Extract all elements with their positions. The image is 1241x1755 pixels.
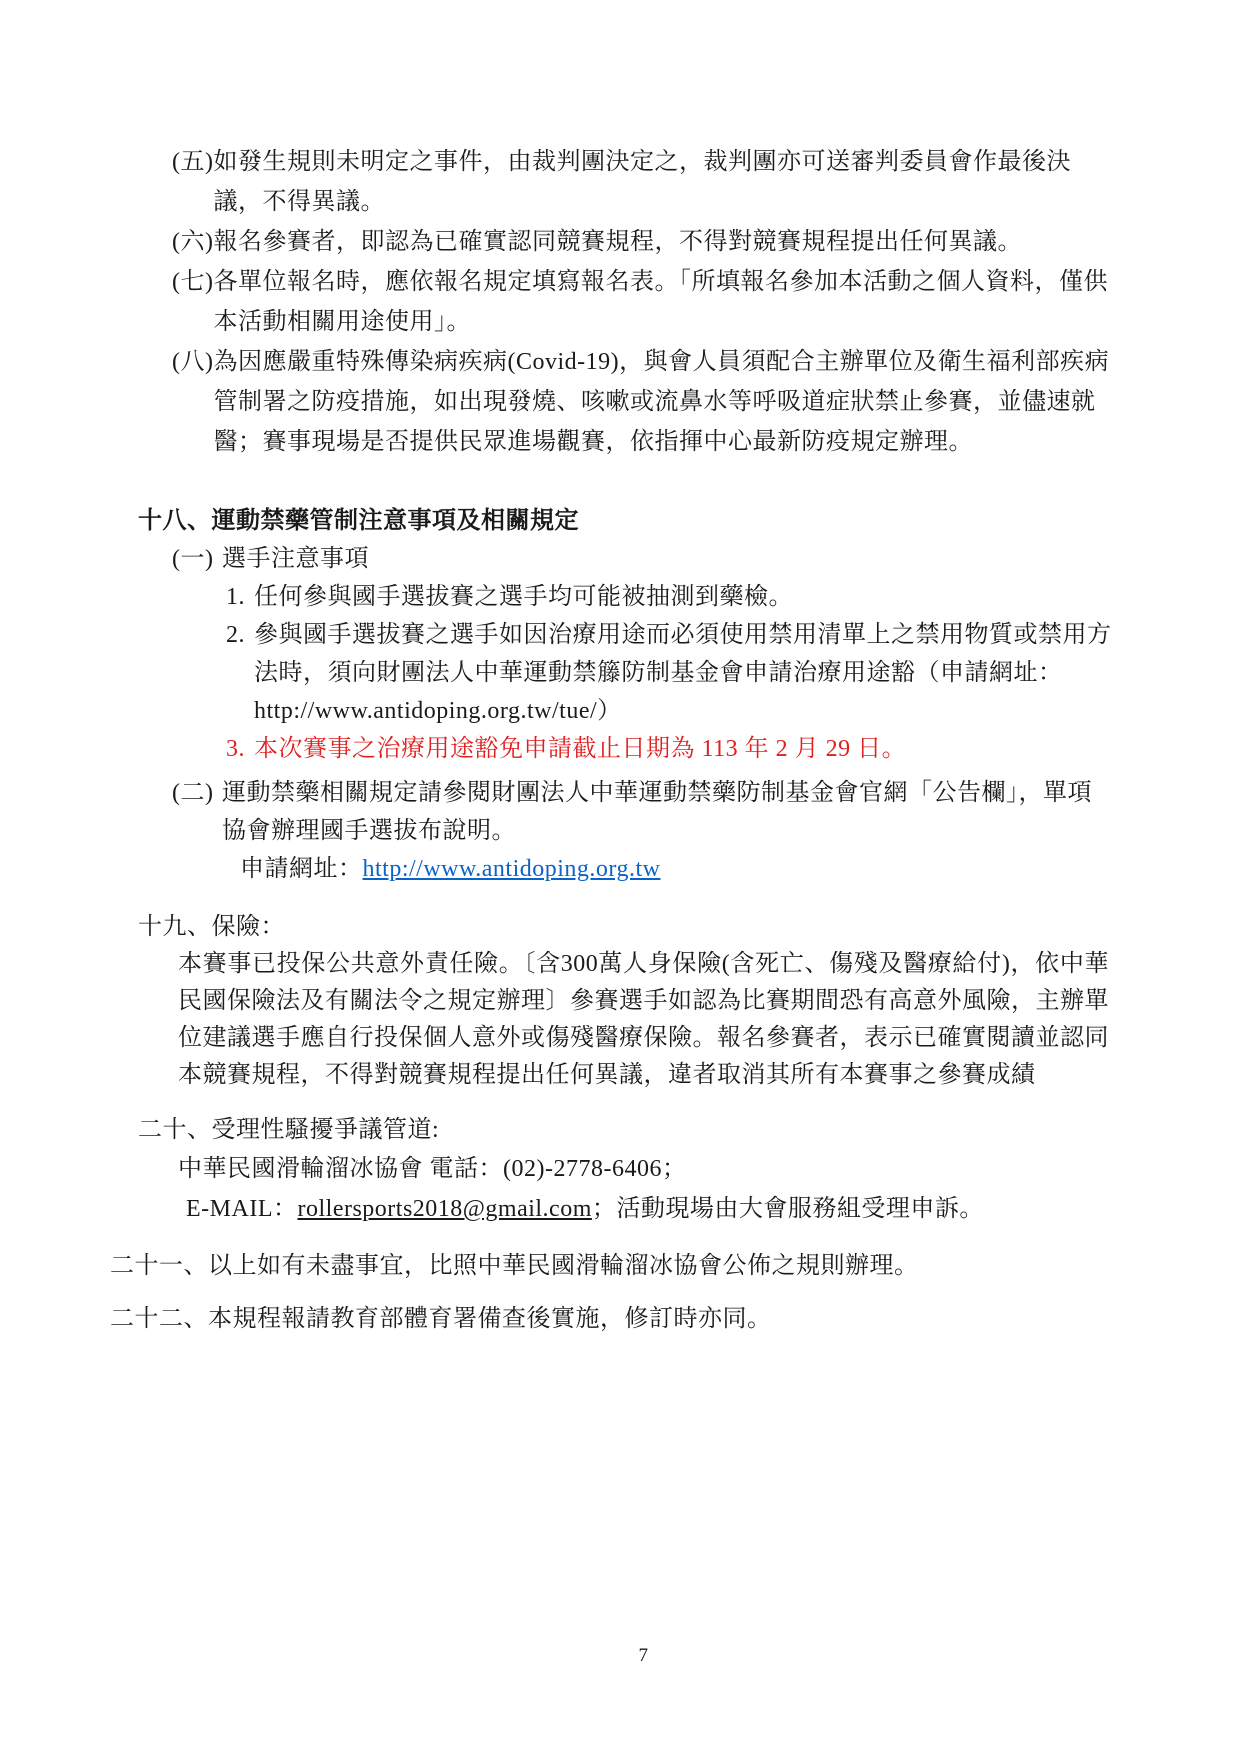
page-number: 7 — [23, 1645, 1241, 1667]
email-line-after: ；活動現場由大會服務組受理申訴。 — [592, 1196, 984, 1222]
list-item-6-marker: (六) — [172, 222, 213, 262]
list-item-7-marker: (七) — [172, 262, 213, 302]
section-18-sub-2-text: 運動禁藥相關規定請參閱財團法人中華運動禁藥防制基金會官網「公告欄」，單項協會辦理… — [222, 774, 1113, 850]
list-item-5-marker: (五) — [172, 142, 213, 182]
email-label: E-MAIL： — [186, 1196, 297, 1222]
apply-url-label: 申請網址： — [240, 856, 363, 882]
section-20-contact-line: 中華民國滑輪溜冰協會 電話：(02)-2778-6406； — [178, 1149, 1241, 1189]
list-item-7-text: 各單位報名時，應依報名規定填寫報名表。「所填報名參加本活動之個人資料，僅供本活動… — [213, 262, 1113, 342]
section-20-heading: 二十、受理性騷擾爭議管道: — [138, 1111, 1241, 1149]
section-18-sub-1: (一) 選手注意事項 — [172, 540, 1113, 578]
section-18-point-2-num: 2. — [226, 616, 254, 654]
section-22-text: 二十二、本規程報請教育部體育署備查後實施，修訂時亦同。 — [110, 1299, 1141, 1339]
section-18-sub-1-title: 選手注意事項 — [222, 540, 369, 578]
section-18-heading: 十八、運動禁藥管制注意事項及相關規定 — [138, 502, 1241, 540]
section-18-point-3: 3. 本次賽事之治療用途豁免申請截止日期為 113 年 2 月 29 日。 — [226, 730, 1121, 768]
list-item-8: (八) 為因應嚴重特殊傳染病疾病(Covid-19)，與會人員須配合主辦單位及衛… — [172, 342, 1113, 462]
section-18-sub-1-marker: (一) — [172, 540, 222, 578]
document-page: (五) 如發生規則未明定之事件，由裁判團決定之，裁判團亦可送審判委員會作最後決議… — [0, 0, 1241, 1755]
page-content: (五) 如發生規則未明定之事件，由裁判團決定之，裁判團亦可送審判委員會作最後決議… — [0, 142, 1241, 1339]
list-item-8-text: 為因應嚴重特殊傳染病疾病(Covid-19)，與會人員須配合主辦單位及衛生福利部… — [213, 342, 1113, 462]
section-18-point-2-text: 參與國手選拔賽之選手如因治療用途而必須使用禁用清單上之禁用物質或禁用方法時，須向… — [254, 616, 1121, 730]
section-18-sub-2-marker: (二) — [172, 774, 222, 812]
section-20-email-line: E-MAIL：rollersports2018@gmail.com；活動現場由大… — [186, 1189, 1241, 1229]
section-21-text: 二十一、以上如有未盡事宜，比照中華民國滑輪溜冰協會公佈之規則辦理。 — [110, 1246, 1141, 1286]
list-item-7: (七) 各單位報名時，應依報名規定填寫報名表。「所填報名參加本活動之個人資料，僅… — [172, 262, 1113, 342]
section-18-point-1-text: 任何參與國手選拔賽之選手均可能被抽測到藥檢。 — [254, 578, 793, 616]
section-18-sub-2: (二) 運動禁藥相關規定請參閱財團法人中華運動禁藥防制基金會官網「公告欄」，單項… — [172, 774, 1113, 850]
section-19-body: 本賽事已投保公共意外責任險。〔含300萬人身保險(含死亡、傷殘及醫療給付)，依中… — [178, 946, 1109, 1094]
section-18-point-1-num: 1. — [226, 578, 254, 616]
section-18-apply-line: 申請網址：http://www.antidoping.org.tw — [240, 850, 1241, 888]
section-18-point-2: 2. 參與國手選拔賽之選手如因治療用途而必須使用禁用清單上之禁用物質或禁用方法時… — [226, 616, 1121, 730]
section-18-point-1: 1. 任何參與國手選拔賽之選手均可能被抽測到藥檢。 — [226, 578, 1121, 616]
list-item-6: (六) 報名參賽者，即認為已確實認同競賽規程，不得對競賽規程提出任何異議。 — [172, 222, 1113, 262]
section-19-heading: 十九、保險： — [138, 908, 1241, 946]
list-item-6-text: 報名參賽者，即認為已確實認同競賽規程，不得對競賽規程提出任何異議。 — [213, 222, 1022, 262]
antidoping-link[interactable]: http://www.antidoping.org.tw — [363, 856, 661, 882]
list-item-5-text: 如發生規則未明定之事件，由裁判團決定之，裁判團亦可送審判委員會作最後決議，不得異… — [213, 142, 1113, 222]
section-18-point-3-num: 3. — [226, 730, 254, 768]
section-18-point-3-text: 本次賽事之治療用途豁免申請截止日期為 113 年 2 月 29 日。 — [254, 730, 906, 768]
list-item-8-marker: (八) — [172, 342, 213, 382]
list-item-5: (五) 如發生規則未明定之事件，由裁判團決定之，裁判團亦可送審判委員會作最後決議… — [172, 142, 1113, 222]
email-link[interactable]: rollersports2018@gmail.com — [297, 1196, 591, 1222]
